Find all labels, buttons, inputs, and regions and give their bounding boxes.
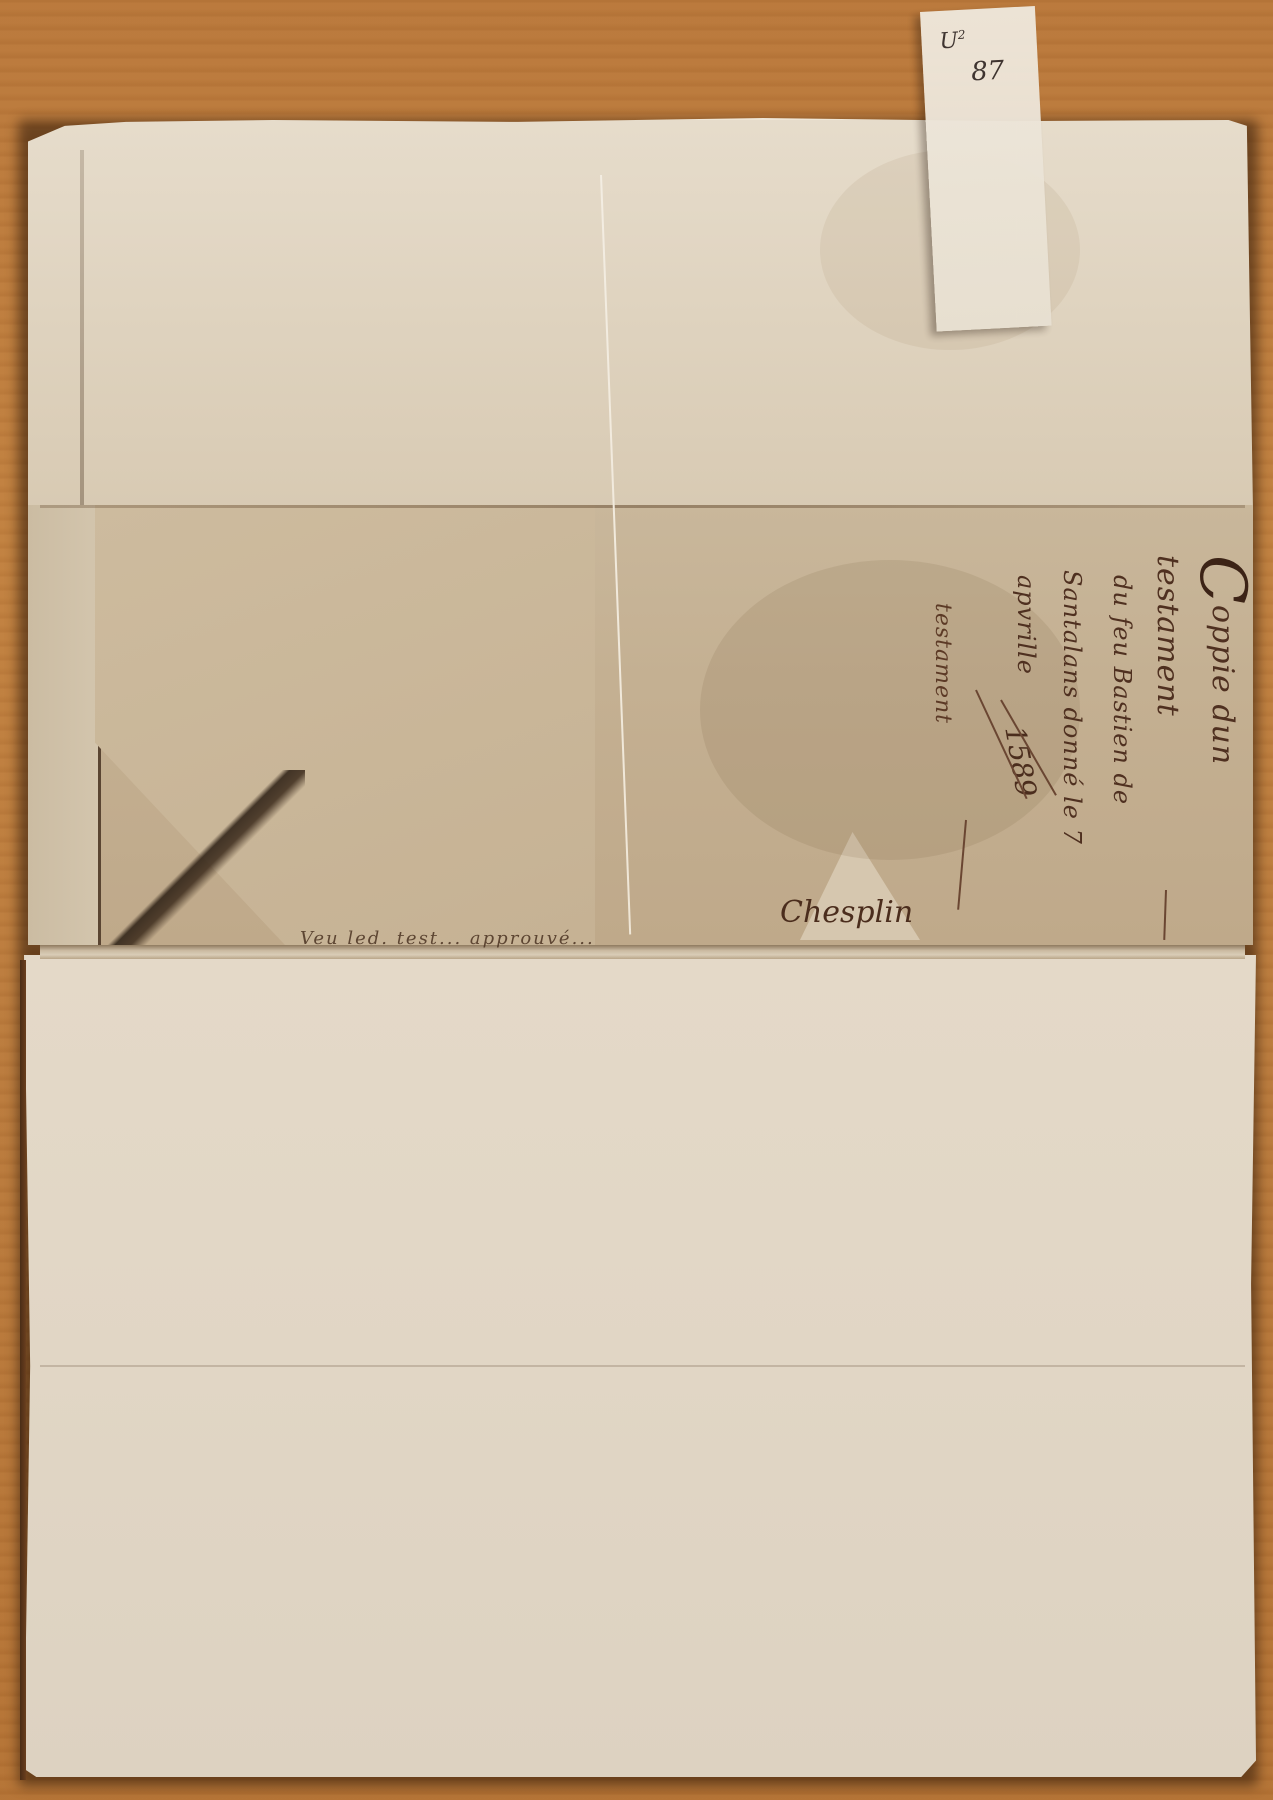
endorsement-line-3: Santalans donné le 7 (1058, 570, 1086, 845)
horizontal-fold-upper (40, 505, 1245, 508)
top-panel-inner-edge (80, 150, 84, 510)
archive-series-code: U2 (939, 28, 966, 55)
folded-flap-shadow (95, 770, 305, 950)
bottom-panel-left-edge-shadow (20, 960, 26, 1780)
archive-item-number: 87 (970, 56, 1005, 88)
endorsement-line-2: du feu Bastien de (1108, 575, 1136, 805)
endorsement-line-5: testament (930, 603, 955, 724)
horizontal-fold-lower (40, 1365, 1245, 1367)
horizontal-fold-middle (40, 945, 1245, 959)
endorsement-line-4: apvrille (1012, 575, 1040, 675)
archive-call-number-tag: U2 87 (920, 6, 1052, 332)
middle-panel-left-strip (28, 505, 101, 945)
fold-line-annotation: Veu led. test... approuvé... (300, 928, 595, 949)
document-top-panel (28, 118, 1253, 510)
fold-line-signature: Chesplin (780, 895, 913, 930)
endorsement-line-1: Coppie dun testament (1150, 555, 1259, 935)
